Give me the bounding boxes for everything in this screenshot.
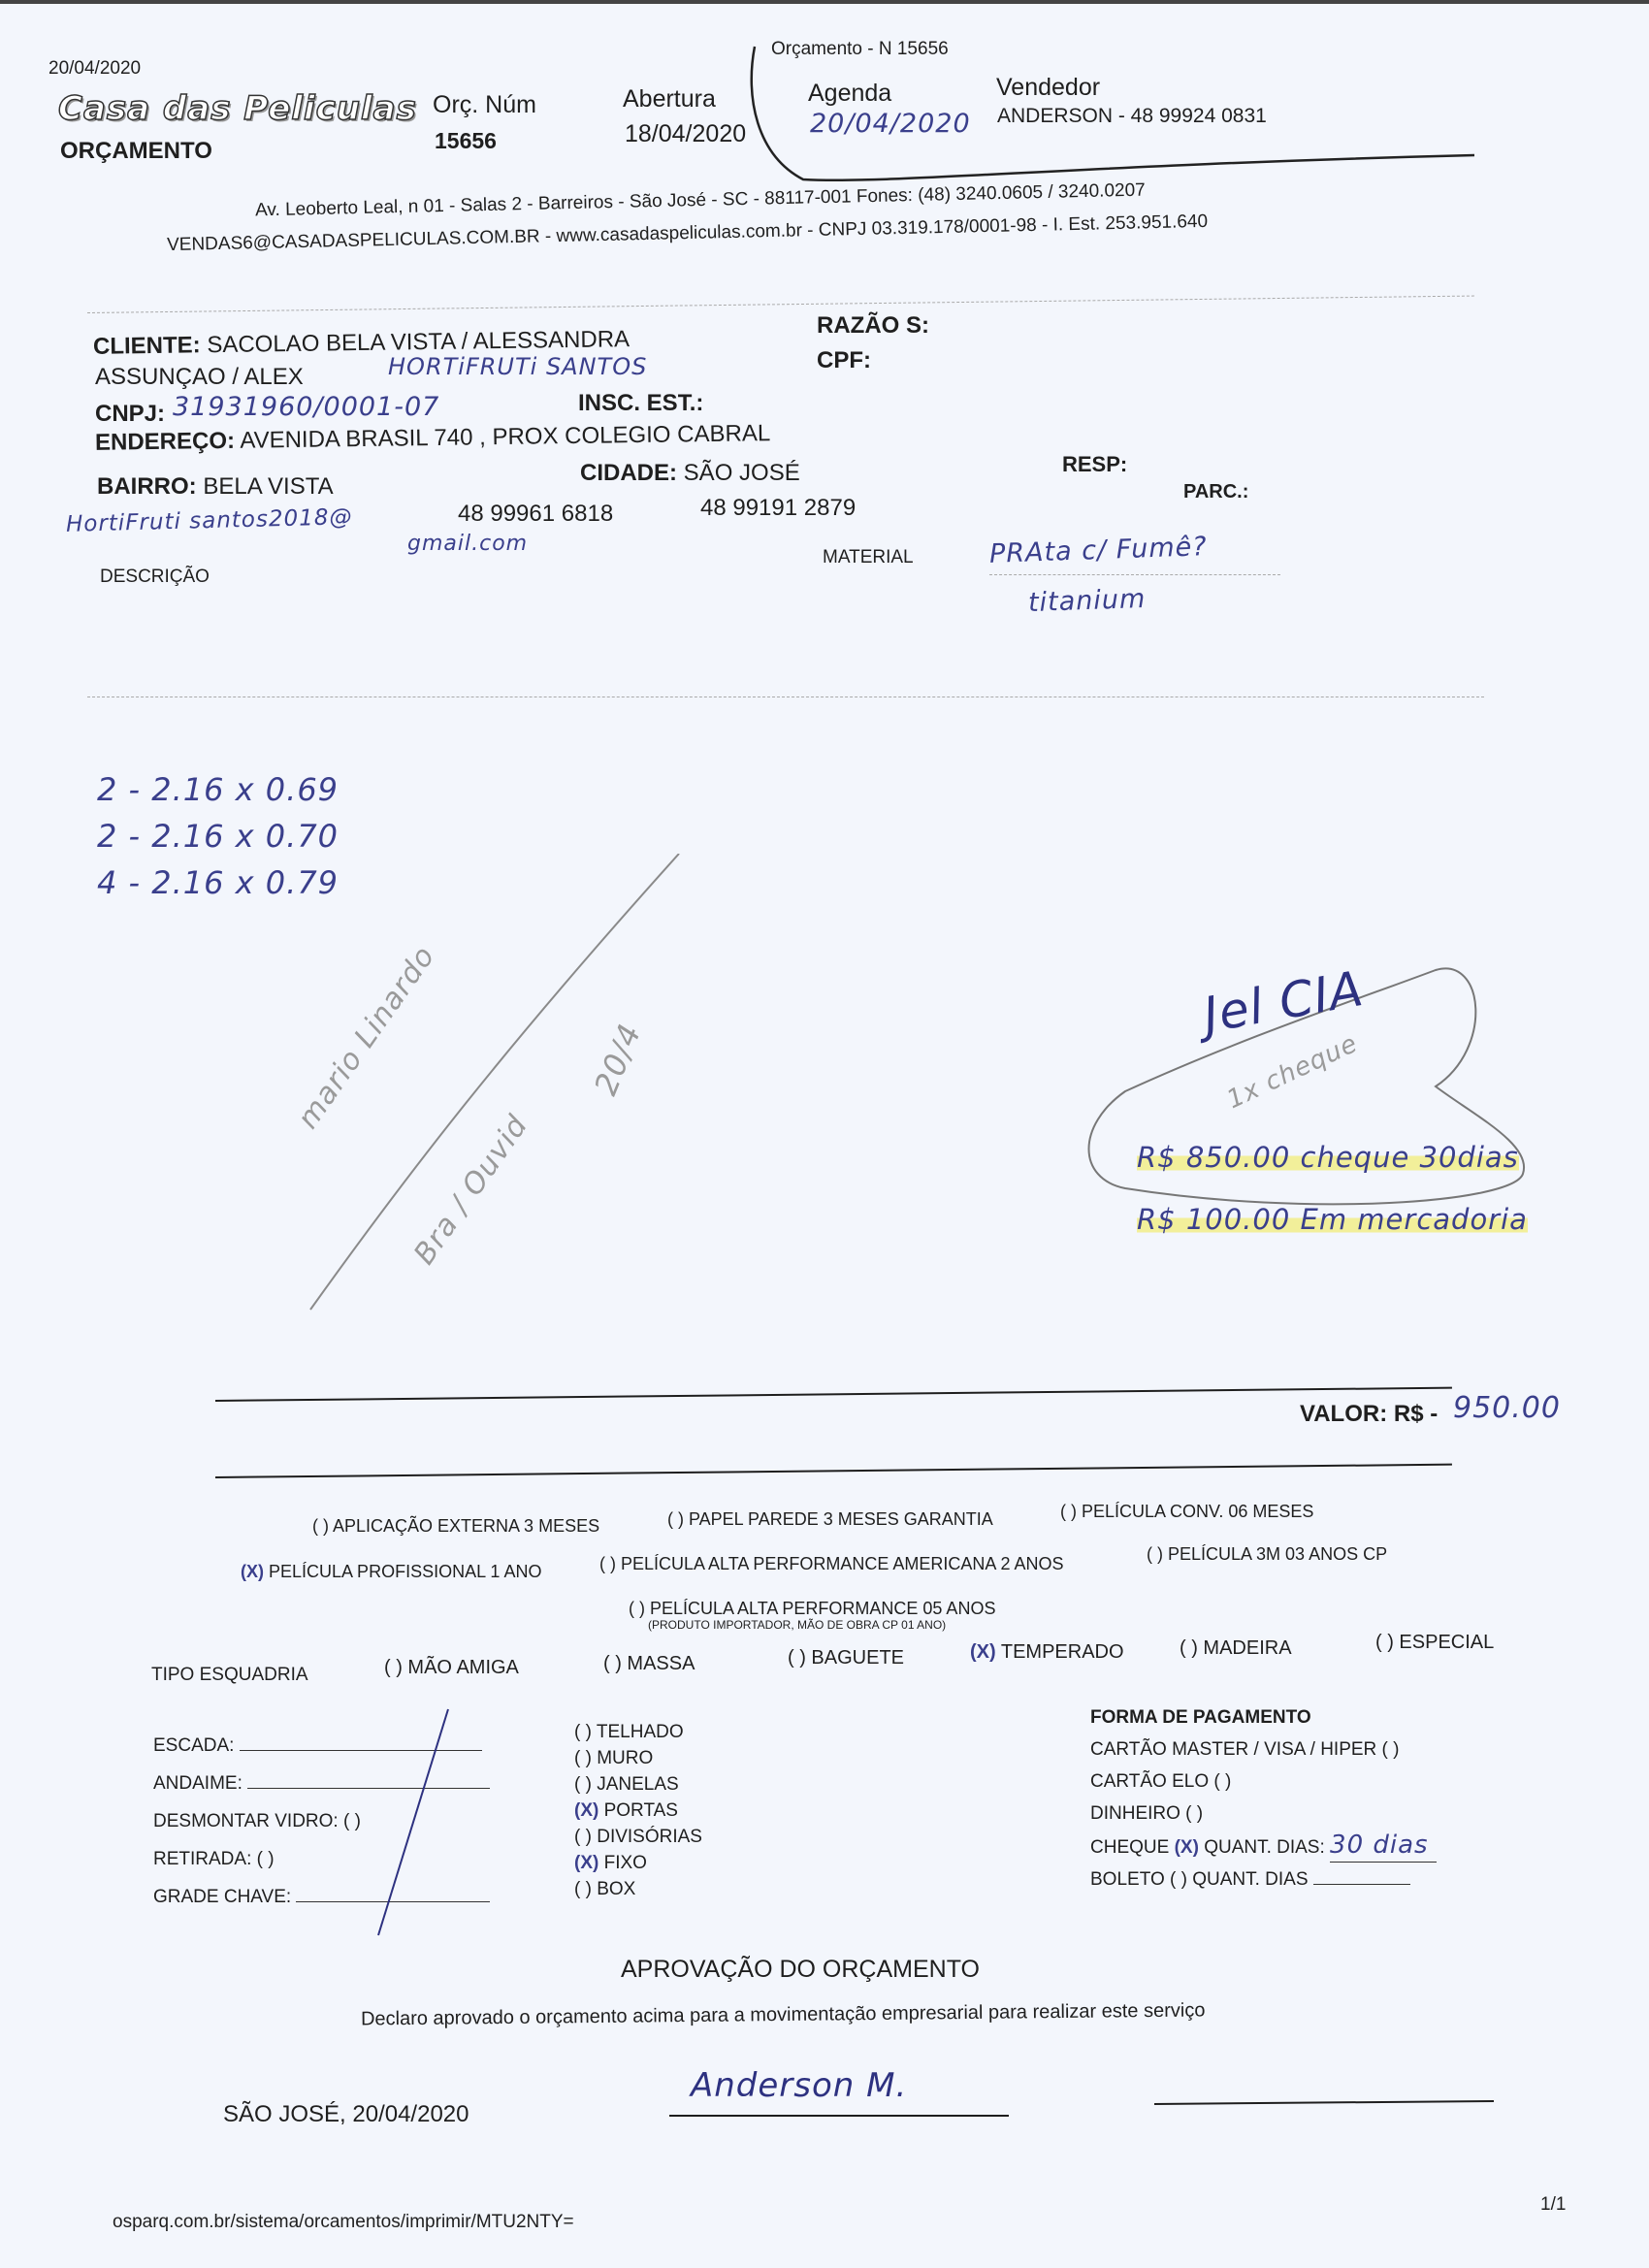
endereco-label: ENDEREÇO: [95, 428, 235, 456]
phone-2: 48 99191 2879 [700, 495, 856, 522]
cpf-label: CPF: [817, 347, 871, 374]
check-x-icon: (X) [574, 1800, 598, 1821]
razao-label: RAZÃO S: [817, 312, 929, 340]
signature-line-client [669, 2115, 1009, 2117]
location-janelas[interactable]: ( ) JANELAS [574, 1771, 702, 1798]
esquadria-option[interactable]: ( ) MASSA [603, 1653, 695, 1675]
location-box[interactable]: ( ) BOX [574, 1876, 702, 1902]
signature-line-company [1154, 2100, 1494, 2105]
bairro-field: BAIRRO: BELA VISTA [97, 473, 334, 501]
abertura-label: Abertura [623, 85, 716, 113]
vendedor-label: Vendedor [996, 74, 1100, 102]
esquadria-option[interactable]: ( ) MADEIRA [1180, 1637, 1292, 1660]
location-telhado[interactable]: ( ) TELHADO [574, 1719, 702, 1745]
approval-title: APROVAÇÃO DO ORÇAMENTO [621, 1956, 980, 1984]
bairro-label: BAIRRO: [97, 473, 197, 500]
payment-note-1: R$ 850.00 cheque 30dias [1137, 1141, 1519, 1174]
warranty-option[interactable]: ( ) APLICAÇÃO EXTERNA 3 MESES [312, 1516, 599, 1537]
check-x-icon: (X) [241, 1562, 264, 1581]
extras-strike [359, 1707, 456, 1940]
material-handwritten-2: titanium [1027, 584, 1146, 618]
cidade-label: CIDADE: [580, 460, 677, 486]
print-date: 20/04/2020 [48, 58, 141, 80]
parc-label: PARC.: [1183, 481, 1248, 503]
location-divisorias[interactable]: ( ) DIVISÓRIAS [574, 1824, 702, 1850]
phone-1: 48 99961 6818 [458, 501, 613, 528]
cidade-value: SÃO JOSÉ [684, 460, 800, 486]
insc-est-label: INSC. EST.: [578, 390, 703, 417]
scan-edge [0, 0, 1649, 4]
cnpj-label: CNPJ: [95, 401, 165, 428]
approval-place-date: SÃO JOSÉ, 20/04/2020 [223, 2101, 469, 2128]
payment-cartao-master[interactable]: CARTÃO MASTER / VISA / HIPER ( ) [1090, 1733, 1437, 1766]
location-portas[interactable]: (X) PORTAS [574, 1798, 702, 1824]
brand-logo: Casa das Peliculas [58, 89, 417, 128]
esquadria-option[interactable]: ( ) ESPECIAL [1375, 1632, 1494, 1654]
esquadria-option[interactable]: ( ) BAGUETE [788, 1647, 904, 1669]
warranty-option[interactable]: ( ) PELÍCULA ALTA PERFORMANCE 05 ANOS [629, 1599, 995, 1619]
esquadria-option[interactable]: ( ) MÃO AMIGA [384, 1657, 519, 1679]
valor-amount: 950.00 [1453, 1391, 1561, 1425]
location-muro[interactable]: ( ) MURO [574, 1745, 702, 1771]
check-x-icon: (X) [574, 1853, 598, 1873]
check-x-icon: (X) [1175, 1837, 1199, 1858]
payment-dinheiro[interactable]: DINHEIRO ( ) [1090, 1798, 1437, 1830]
payment-boleto[interactable]: BOLETO ( ) QUANT. DIAS [1090, 1863, 1437, 1895]
divider [87, 296, 1474, 313]
payment-cheque[interactable]: CHEQUE (X) QUANT. DIAS: 30 dias [1090, 1830, 1437, 1863]
measure-item: 2 - 2.16 x 0.70 [97, 813, 339, 859]
abertura-date: 18/04/2020 [625, 120, 746, 148]
endereco-field: ENDEREÇO: AVENIDA BRASIL 740 , PROX COLE… [95, 420, 771, 457]
payment-section: FORMA DE PAGAMENTO CARTÃO MASTER / VISA … [1090, 1701, 1437, 1895]
warranty-option[interactable]: ( ) PELÍCULA 3M 03 ANOS CP [1147, 1544, 1387, 1565]
descricao-label: DESCRIÇÃO [100, 567, 210, 588]
valor-rule-bottom [215, 1464, 1452, 1478]
material-line [989, 574, 1280, 575]
valor-rule-top [215, 1387, 1452, 1402]
orc-num-label: Orç. Núm [433, 91, 536, 119]
cliente-handwritten: HORTiFRUTi SANTOS [388, 353, 647, 380]
cheque-dias-value: 30 dias [1330, 1830, 1437, 1863]
payment-cartao-elo[interactable]: CARTÃO ELO ( ) [1090, 1766, 1437, 1798]
endereco-value: AVENIDA BRASIL 740 , PROX COLEGIO CABRAL [240, 420, 770, 454]
cliente-cont: ASSUNÇAO / ALEX [95, 364, 304, 391]
warranty-option[interactable]: ( ) PAPEL PAREDE 3 MESES GARANTIA [667, 1509, 993, 1530]
email-handwritten-1: HortiFruti santos2018@ [66, 504, 353, 537]
payment-note-2: R$ 100.00 Em mercadoria [1137, 1203, 1528, 1236]
orc-num: 15656 [435, 128, 497, 154]
stamp-title: Orçamento - N 15656 [771, 39, 949, 60]
vendedor: ANDERSON - 48 99924 0831 [997, 105, 1267, 128]
doc-type: ORÇAMENTO [60, 138, 212, 165]
warranty-footnote: (PRODUTO IMPORTADOR, MÃO DE OBRA CP 01 A… [648, 1618, 946, 1632]
cliente-label: CLIENTE: [93, 332, 201, 360]
payment-title: FORMA DE PAGAMENTO [1090, 1701, 1437, 1733]
page-number: 1/1 [1540, 2194, 1566, 2216]
esquadria-label: TIPO ESQUADRIA [151, 1665, 308, 1686]
client-signature: Anderson M. [691, 2066, 907, 2105]
approval-declaration: Declaro aprovado o orçamento acima para … [361, 1999, 1206, 2030]
material-label: MATERIAL [823, 547, 914, 568]
material-handwritten-1: PRAta c/ Fumê? [989, 532, 1208, 569]
warranty-option[interactable]: ( ) PELÍCULA CONV. 06 MESES [1060, 1502, 1313, 1522]
agenda-label: Agenda [808, 80, 891, 108]
check-x-icon: (X) [970, 1641, 996, 1663]
measure-item: 2 - 2.16 x 0.69 [97, 766, 339, 813]
resp-label: RESP: [1062, 452, 1127, 477]
warranty-option[interactable]: ( ) PELÍCULA ALTA PERFORMANCE AMERICANA … [599, 1554, 1063, 1574]
cnpj-handwritten: 31931960/0001-07 [173, 392, 439, 422]
warranty-option-checked[interactable]: (X) PELÍCULA PROFISSIONAL 1 ANO [241, 1562, 541, 1582]
esquadria-option-checked[interactable]: (X) TEMPERADO [970, 1641, 1124, 1664]
valor-label: VALOR: R$ - [1300, 1401, 1438, 1428]
footer-url[interactable]: osparq.com.br/sistema/orcamentos/imprimi… [113, 2212, 574, 2233]
agenda-date: 20/04/2020 [810, 109, 971, 139]
bairro-value: BELA VISTA [203, 473, 333, 500]
cidade-field: CIDADE: SÃO JOSÉ [580, 460, 800, 487]
location-fixo[interactable]: (X) FIXO [574, 1850, 702, 1876]
email-handwritten-2: gmail.com [407, 532, 528, 556]
locations-list: ( ) TELHADO ( ) MURO ( ) JANELAS (X) POR… [574, 1719, 702, 1902]
divider [87, 697, 1484, 697]
